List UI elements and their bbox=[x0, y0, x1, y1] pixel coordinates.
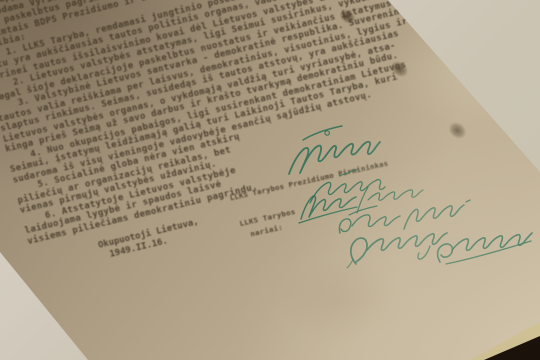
signature-7 bbox=[351, 233, 447, 264]
photo-frame: sios apygardos bei rinktinės, tai yra, r… bbox=[0, 0, 540, 360]
signature-5 bbox=[339, 206, 400, 233]
signature-6 bbox=[404, 200, 470, 229]
ink-stray-mark bbox=[347, 259, 353, 268]
signature-8 bbox=[438, 233, 532, 264]
signature-1 bbox=[289, 126, 380, 174]
signature-2 bbox=[310, 169, 385, 203]
signature-4 bbox=[357, 187, 423, 213]
